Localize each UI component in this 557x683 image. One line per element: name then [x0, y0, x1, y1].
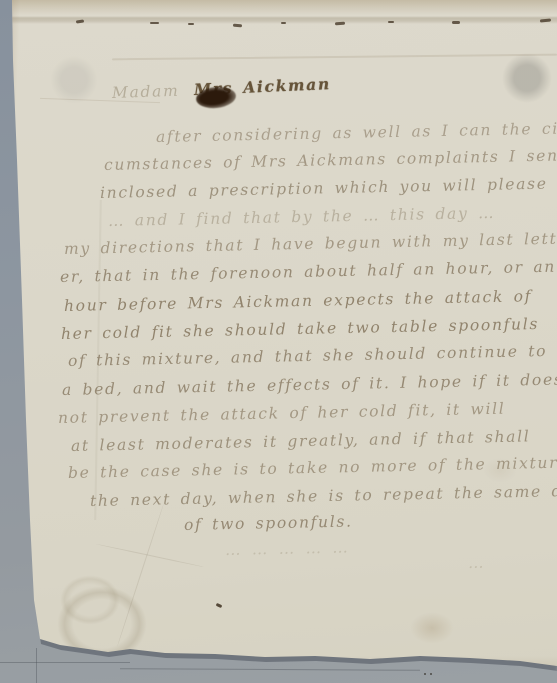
manuscript-line: my directions that I have begun with my …	[64, 230, 557, 258]
debris-dot	[424, 673, 426, 675]
manuscript-line: at least moderates it greatly, and if th…	[71, 427, 531, 455]
closing-line-faint: … … … … …	[225, 538, 350, 559]
manuscript-line: of this mixture, and that she should con…	[68, 341, 557, 370]
debris-dot	[430, 673, 432, 675]
manuscript-line: inclosed a prescription which you will p…	[100, 174, 557, 202]
salutation-faint: Madam	[112, 82, 180, 102]
manuscript-line: be the case she is to take no more of th…	[68, 454, 557, 482]
backing-seam	[120, 668, 420, 671]
backing-seam	[36, 648, 37, 683]
manuscript-line: the next day, when she is to repeat the …	[90, 481, 557, 510]
manuscript-line: a bed, and wait the effects of it. I hop…	[62, 370, 557, 399]
manuscript-line: … and I find that by the … this day …	[108, 204, 496, 230]
letter-body: Madam Mrs Aickman after considering as w…	[0, 0, 557, 683]
backing-seam	[0, 662, 130, 663]
manuscript-line: of two spoonfuls.	[184, 512, 353, 534]
manuscript-line: cumstances of Mrs Aickmans complaints I …	[104, 145, 557, 174]
manuscript-line: er, that in the forenoon about half an h…	[60, 258, 556, 286]
letter-paper: Madam Mrs Aickman after considering as w…	[0, 0, 557, 683]
manuscript-line: after considering as well as I can the c…	[156, 119, 557, 146]
manuscript-line: not prevent the attack of her cold fit, …	[58, 400, 506, 427]
closing-fragment-faint: …	[468, 554, 486, 572]
manuscript-line: her cold fit she should take two table s…	[61, 315, 539, 343]
manuscript-line: hour before Mrs Aickman expects the atta…	[64, 287, 532, 315]
